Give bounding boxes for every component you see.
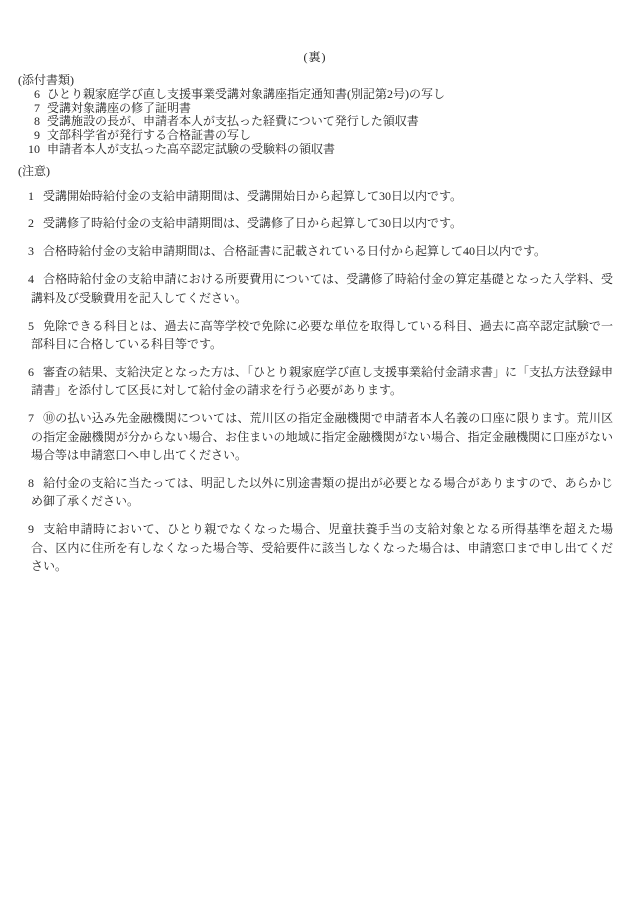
attachments-header: (添付書類) <box>18 73 630 87</box>
attachment-item-text: ひとり親家庭学び直し支援事業受講対象講座指定通知書(別記第2号)の写し <box>47 87 445 101</box>
note-item-number: 4 <box>28 270 43 288</box>
page-side-label: (裏) <box>0 50 630 64</box>
note-item-text: 免除できる科目とは、過去に高等学校で免除に必要な単位を取得している科目、過去に高… <box>31 319 613 351</box>
attachment-item-number: 6 <box>18 88 40 102</box>
note-item: 1受講開始時給付金の支給申請期間は、受講開始日から起算して30日以内です。 <box>31 187 613 205</box>
attachment-item-number: 8 <box>18 115 40 129</box>
note-item-number: 1 <box>28 187 43 205</box>
note-item-text: 受講開始時給付金の支給申請期間は、受講開始日から起算して30日以内です。 <box>43 189 462 203</box>
attachment-item-text: 文部科学省が発行する合格証書の写し <box>47 128 251 142</box>
note-item-number: 7 <box>28 409 43 427</box>
document-page: (裏) (添付書類) 6ひとり親家庭学び直し支援事業受講対象講座指定通知書(別記… <box>0 0 630 903</box>
note-item: 8給付金の支給に当たっては、明記した以外に別途書類の提出が必要となる場合がありま… <box>31 474 613 511</box>
attachment-item: 10申請者本人が支払った高卒認定試験の受験料の領収書 <box>18 143 630 157</box>
note-item: 6審査の結果、支給決定となった方は、「ひとり親家庭学び直し支援事業給付金請求書」… <box>31 363 613 400</box>
attachment-item-number: 9 <box>18 129 40 143</box>
attachment-item-text: 受講対象講座の修了証明書 <box>47 101 191 115</box>
note-item: 4合格時給付金の支給申請における所要費用については、受講修了時給付金の算定基礎と… <box>31 270 613 307</box>
attachment-item: 6ひとり親家庭学び直し支援事業受講対象講座指定通知書(別記第2号)の写し <box>18 88 630 102</box>
note-item-text: ⑩の払い込み先金融機関については、荒川区の指定金融機関で申請者本人名義の口座に限… <box>31 411 613 462</box>
note-item-text: 合格時給付金の支給申請における所要費用については、受講修了時給付金の算定基礎とな… <box>31 272 613 304</box>
note-item-text: 支給申請時において、ひとり親でなくなった場合、児童扶養手当の支給対象となる所得基… <box>31 522 613 573</box>
note-item: 2受講修了時給付金の支給申請期間は、受講修了日から起算して30日以内です。 <box>31 214 613 232</box>
note-item-number: 3 <box>28 242 43 260</box>
note-item: 5免除できる科目とは、過去に高等学校で免除に必要な単位を取得している科目、過去に… <box>31 317 613 354</box>
notes-list: 1受講開始時給付金の支給申請期間は、受講開始日から起算して30日以内です。 2受… <box>0 187 630 576</box>
attachment-item: 9文部科学省が発行する合格証書の写し <box>18 129 630 143</box>
note-item-text: 合格時給付金の支給申請期間は、合格証書に記載されている日付から起算して40日以内… <box>43 244 546 258</box>
note-item-number: 8 <box>28 474 43 492</box>
attachments-list: 6ひとり親家庭学び直し支援事業受講対象講座指定通知書(別記第2号)の写し 7受講… <box>0 88 630 157</box>
note-item: 3合格時給付金の支給申請期間は、合格証書に記載されている日付から起算して40日以… <box>31 242 613 260</box>
attachment-item-text: 申請者本人が支払った高卒認定試験の受験料の領収書 <box>47 142 335 156</box>
note-item-number: 6 <box>28 363 43 381</box>
note-item: 9支給申請時において、ひとり親でなくなった場合、児童扶養手当の支給対象となる所得… <box>31 520 613 575</box>
note-item-number: 2 <box>28 214 43 232</box>
note-item-text: 審査の結果、支給決定となった方は、「ひとり親家庭学び直し支援事業給付金請求書」に… <box>31 365 613 397</box>
attachment-item-text: 受講施設の長が、申請者本人が支払った経費について発行した領収書 <box>47 114 419 128</box>
note-item-number: 5 <box>28 317 43 335</box>
notes-header: (注意) <box>18 164 630 178</box>
attachment-item-number: 10 <box>18 143 40 157</box>
attachment-item-number: 7 <box>18 102 40 116</box>
note-item-number: 9 <box>28 520 43 538</box>
note-item-text: 受講修了時給付金の支給申請期間は、受講修了日から起算して30日以内です。 <box>43 216 462 230</box>
note-item: 7⑩の払い込み先金融機関については、荒川区の指定金融機関で申請者本人名義の口座に… <box>31 409 613 464</box>
note-item-text: 給付金の支給に当たっては、明記した以外に別途書類の提出が必要となる場合があります… <box>31 476 613 508</box>
